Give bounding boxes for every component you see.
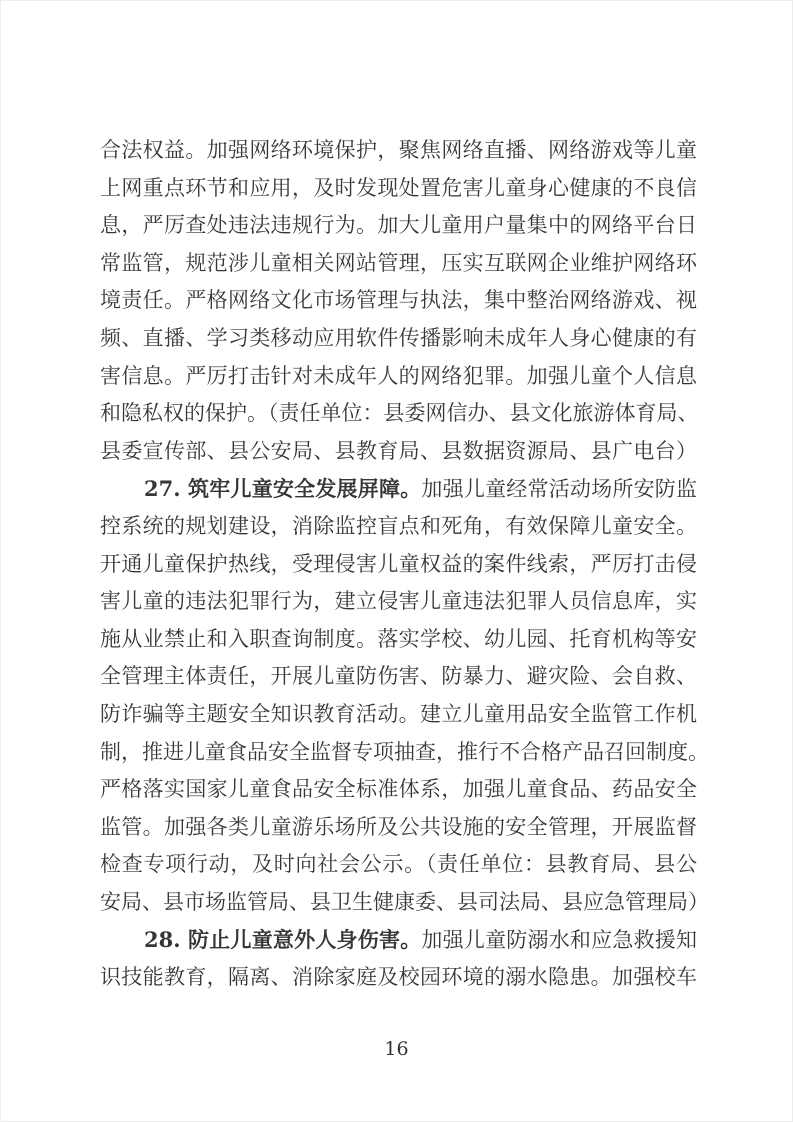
paragraph-text: 施从业禁止和入职查询制度。落实学校、幼儿园、托育机构等安 [100,627,697,651]
text-line: 28. 防止儿童意外人身伤害。加强儿童防溺水和应急救援知 [100,921,697,959]
text-line: 常监管，规范涉儿童相关网站管理，压实互联网企业维护网络环 [100,245,697,283]
paragraph-text: 害儿童的违法犯罪行为，建立侵害儿童违法犯罪人员信息库，实 [100,589,697,613]
text-line: 和隐私权的保护。（责任单位：县委网信办、县文化旅游体育局、 [100,395,697,433]
text-line: 全管理主体责任，开展儿童防伤害、防暴力、避灾险、会自救、 [100,658,697,696]
paragraph-text: 制，推进儿童食品安全监督专项抽查，推行不合格产品召回制度。 [100,740,709,764]
text-line: 息，严厉查处违法违规行为。加大儿童用户量集中的网络平台日 [100,207,697,245]
paragraph-text: 加强儿童经常活动场所安防监 [421,477,697,501]
paragraph-text: 安局、县市场监管局、县卫生健康委、县司法局、县应急管理局） [100,890,709,914]
paragraph-text: 严格落实国家儿童食品安全标准体系，加强儿童食品、药品安全 [100,777,697,801]
paragraph-text: 识技能教育，隔离、消除家庭及校园环境的溺水隐患。加强校车 [100,965,697,989]
paragraph-heading: 27. 筑牢儿童安全发展屏障。 [144,476,421,501]
text-line: 害儿童的违法犯罪行为，建立侵害儿童违法犯罪人员信息库，实 [100,583,697,621]
text-line: 频、直播、学习类移动应用软件传播影响未成年人身心健康的有 [100,320,697,358]
text-line: 境责任。严格网络文化市场管理与执法，集中整治网络游戏、视 [100,282,697,320]
paragraph-text: 控系统的规划建设，消除监控盲点和死角，有效保障儿童安全。 [100,514,697,538]
text-line: 27. 筑牢儿童安全发展屏障。加强儿童经常活动场所安防监 [100,470,697,508]
paragraph-heading: 28. 防止儿童意外人身伤害。 [144,927,421,952]
page-number: 16 [0,1036,793,1062]
paragraph-text: 加强儿童防溺水和应急救援知 [421,928,697,952]
text-line: 识技能教育，隔离、消除家庭及校园环境的溺水隐患。加强校车 [100,959,697,997]
text-line: 开通儿童保护热线，受理侵害儿童权益的案件线索，严厉打击侵 [100,546,697,584]
paragraph-text: 和隐私权的保护。（责任单位：县委网信办、县文化旅游体育局、 [100,401,699,425]
text-line: 防诈骗等主题安全知识教育活动。建立儿童用品安全监管工作机 [100,696,697,734]
text-line: 制，推进儿童食品安全监督专项抽查，推行不合格产品召回制度。 [100,734,697,772]
paragraph-text: 频、直播、学习类移动应用软件传播影响未成年人身心健康的有 [100,326,697,350]
text-line: 上网重点环节和应用，及时发现处置危害儿童身心健康的不良信 [100,170,697,208]
paragraph-text: 县委宣传部、县公安局、县教育局、县数据资源局、县广电台） [100,439,697,463]
paragraph-text: 防诈骗等主题安全知识教育活动。建立儿童用品安全监管工作机 [100,702,697,726]
text-line: 合法权益。加强网络环境保护，聚焦网络直播、网络游戏等儿童 [100,132,697,170]
paragraph-text: 开通儿童保护热线，受理侵害儿童权益的案件线索，严厉打击侵 [100,552,697,576]
paragraph-text: 合法权益。加强网络环境保护，聚焦网络直播、网络游戏等儿童 [100,138,697,162]
text-line: 严格落实国家儿童食品安全标准体系，加强儿童食品、药品安全 [100,771,697,809]
document-page: 合法权益。加强网络环境保护，聚焦网络直播、网络游戏等儿童上网重点环节和应用，及时… [0,0,793,1122]
text-line: 安局、县市场监管局、县卫生健康委、县司法局、县应急管理局） [100,884,697,922]
paragraph-text: 境责任。严格网络文化市场管理与执法，集中整治网络游戏、视 [100,288,697,312]
text-line: 监管。加强各类儿童游乐场所及公共设施的安全管理，开展监督 [100,809,697,847]
text-line: 害信息。严厉打击针对未成年人的网络犯罪。加强儿童个人信息 [100,358,697,396]
paragraph-text: 全管理主体责任，开展儿童防伤害、防暴力、避灾险、会自救、 [100,664,697,688]
paragraph-text: 监管。加强各类儿童游乐场所及公共设施的安全管理，开展监督 [100,815,697,839]
text-line: 施从业禁止和入职查询制度。落实学校、幼儿园、托育机构等安 [100,621,697,659]
text-block: 合法权益。加强网络环境保护，聚焦网络直播、网络游戏等儿童上网重点环节和应用，及时… [100,132,697,997]
paragraph-text: 常监管，规范涉儿童相关网站管理，压实互联网企业维护网络环 [100,251,697,275]
paragraph-text: 检查专项行动，及时向社会公示。（责任单位：县教育局、县公 [100,852,697,876]
paragraph-text: 息，严厉查处违法违规行为。加大儿童用户量集中的网络平台日 [100,213,697,237]
paragraph-text: 上网重点环节和应用，及时发现处置危害儿童身心健康的不良信 [100,176,697,200]
text-line: 控系统的规划建设，消除监控盲点和死角，有效保障儿童安全。 [100,508,697,546]
text-line: 检查专项行动，及时向社会公示。（责任单位：县教育局、县公 [100,846,697,884]
paragraph-text: 害信息。严厉打击针对未成年人的网络犯罪。加强儿童个人信息 [100,364,697,388]
text-line: 县委宣传部、县公安局、县教育局、县数据资源局、县广电台） [100,433,697,471]
